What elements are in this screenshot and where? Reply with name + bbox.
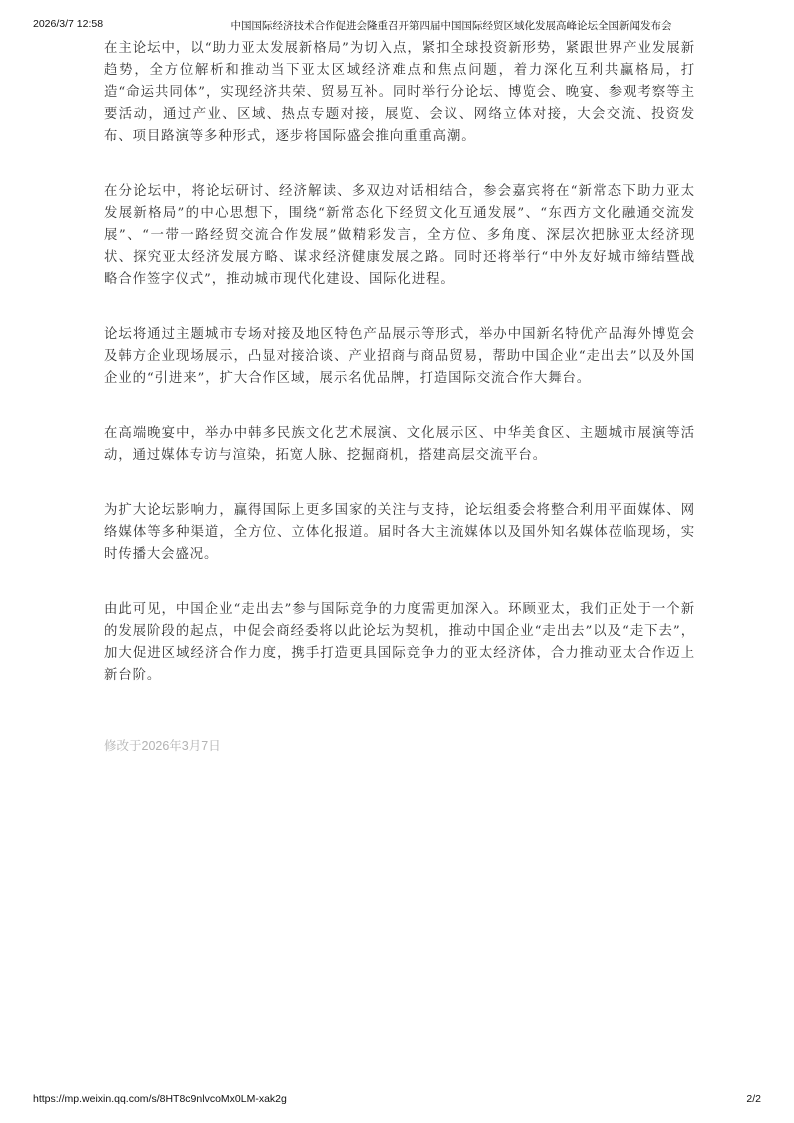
article-paragraph-expo: 论坛将通过主题城市专场对接及地区特色产品展示等形式，举办中国新名特优产品海外博览… [104,324,695,390]
article-paragraph-banquet: 在高端晚宴中，举办中韩多民族文化艺术展演、文化展示区、中华美食区、主题城市展演等… [104,423,695,467]
modified-date: 修改于2026年3月7日 [104,736,221,754]
article-body: 在主论坛中，以“助力亚太发展新格局”为切入点，紧扣全球投资新形势，紧跟世界产业发… [104,38,695,720]
article-paragraph-main-forum: 在主论坛中，以“助力亚太发展新格局”为切入点，紧扣全球投资新形势，紧跟世界产业发… [104,38,695,148]
print-page-title: 中国国际经济技术合作促进会隆重召开第四届中国国际经贸区域化发展高峰论坛全国新闻发… [150,18,752,33]
print-page-number: 2/2 [746,1093,761,1105]
print-source-url: https://mp.weixin.qq.com/s/8HT8c9nlvcoMx… [33,1093,287,1105]
print-header: 2026/3/7 12:58 中国国际经济技术合作促进会隆重召开第四届中国国际经… [0,18,794,34]
print-datetime: 2026/3/7 12:58 [33,18,103,30]
article-paragraph-media: 为扩大论坛影响力，赢得国际上更多国家的关注与支持，论坛组委会将整合利用平面媒体、… [104,500,695,566]
article-paragraph-sub-forum: 在分论坛中，将论坛研讨、经济解读、多双边对话相结合，参会嘉宾将在“新常态下助力亚… [104,181,695,291]
print-footer: https://mp.weixin.qq.com/s/8HT8c9nlvcoMx… [0,1093,794,1109]
article-paragraph-conclusion: 由此可见，中国企业“走出去”参与国际竞争的力度需更加深入。环顾亚太，我们正处于一… [104,599,695,687]
